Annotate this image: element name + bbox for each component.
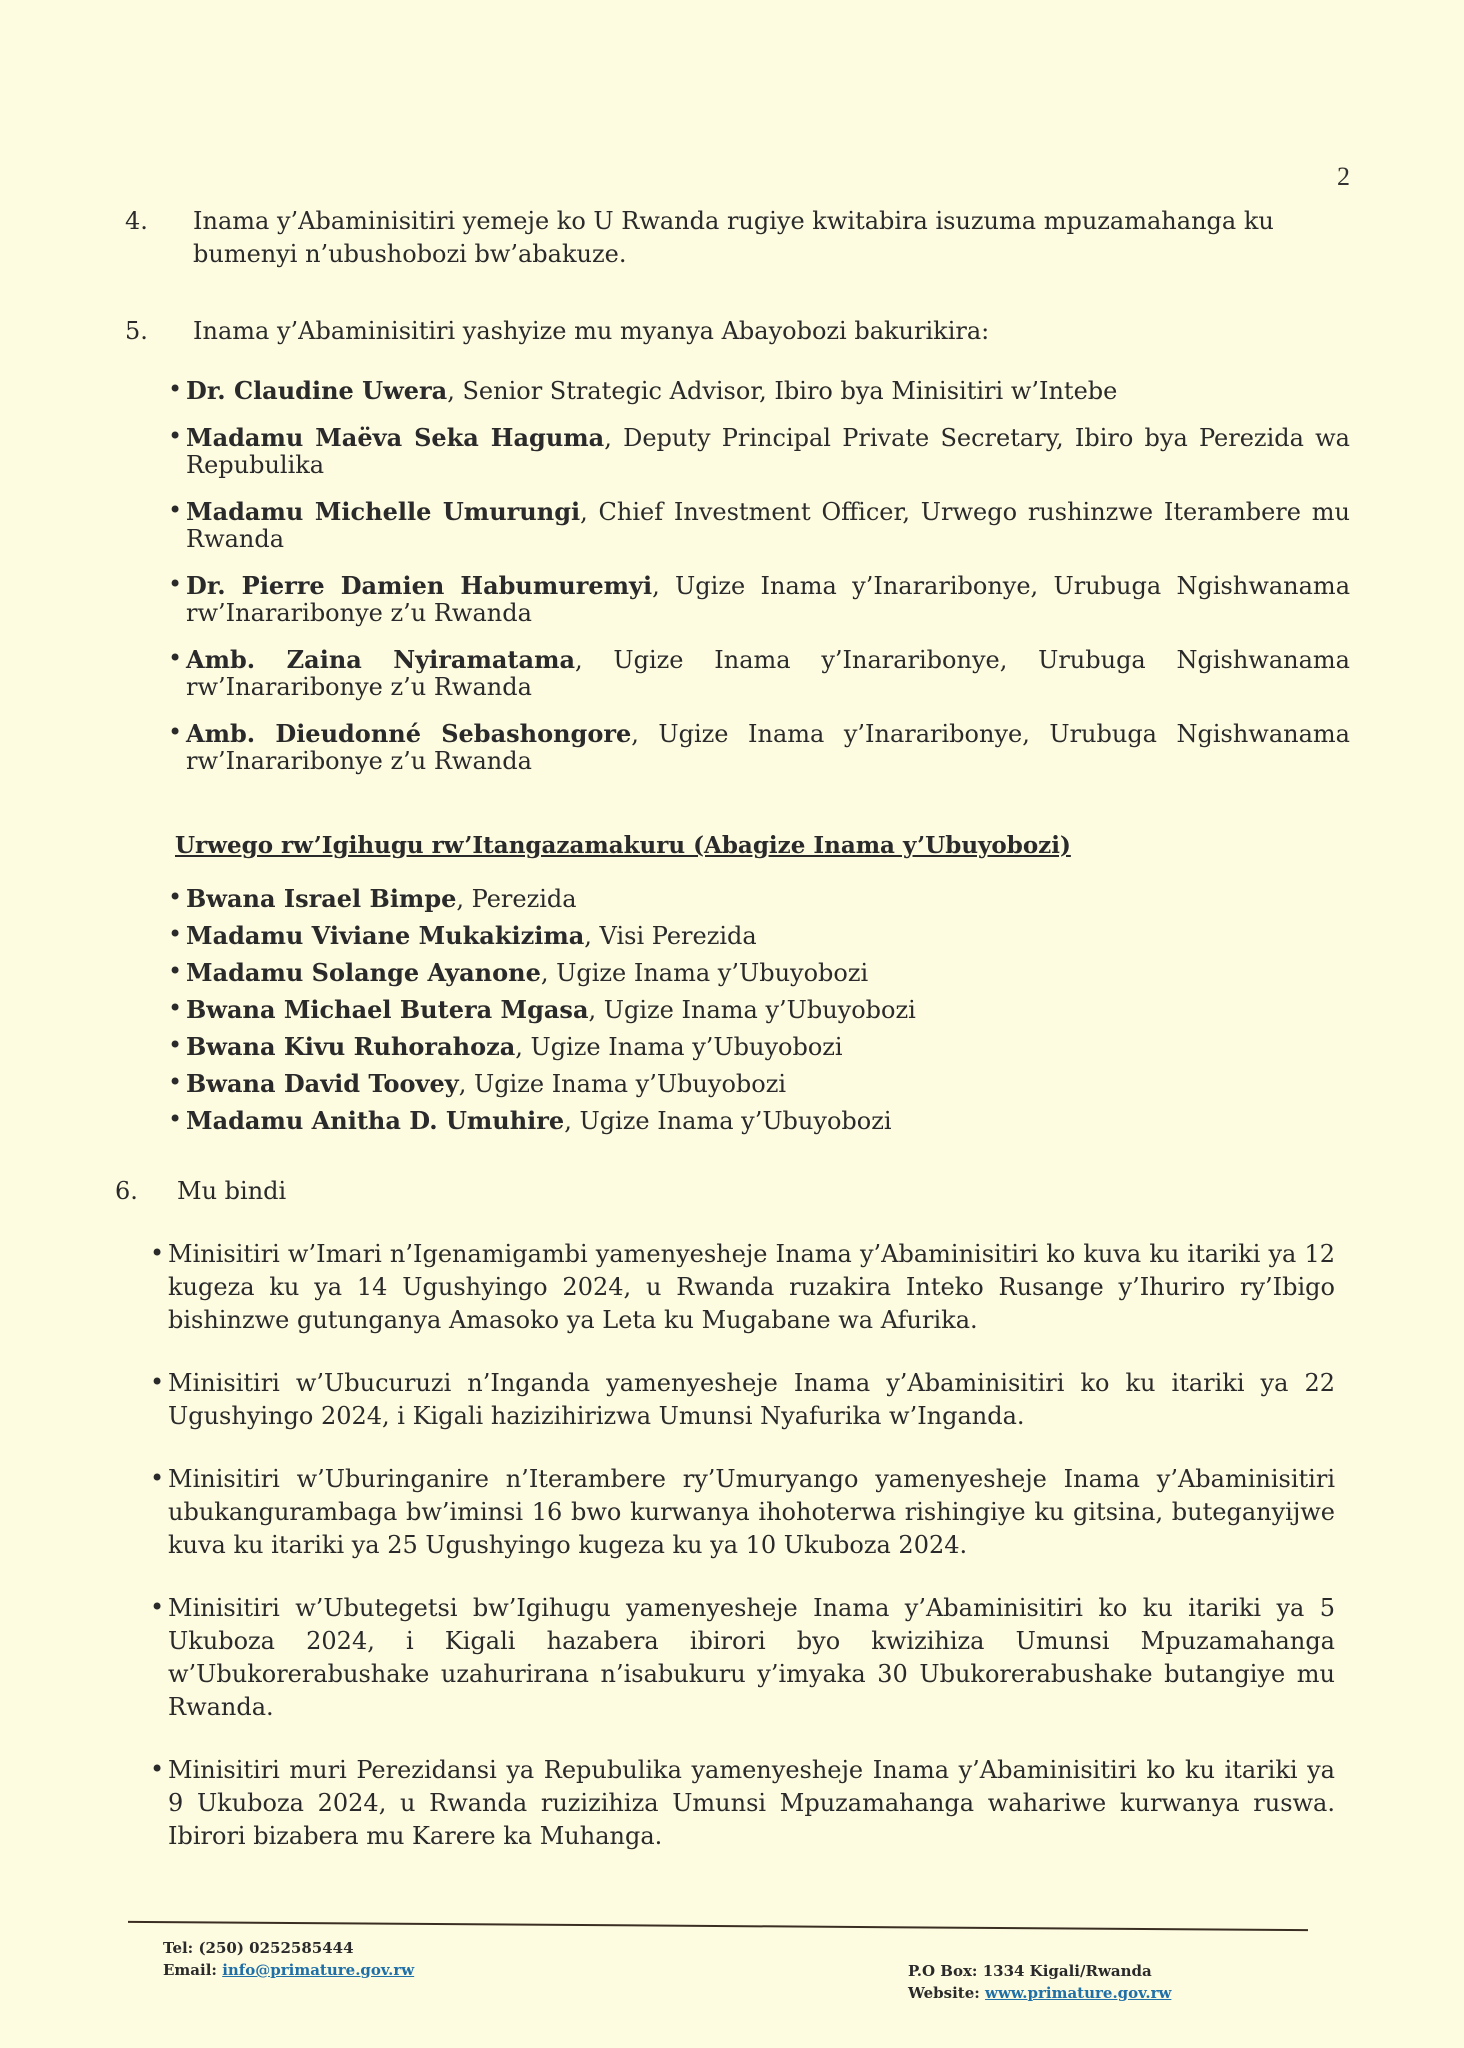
footer-website-line: Website: www.primature.gov.rw: [908, 1984, 1171, 2002]
person-name: Madamu Anitha D. Umuhire: [186, 1106, 564, 1135]
person-name: Bwana Israel Bimpe: [186, 884, 456, 913]
item-4: 4. Inama y’Abaminisitiri yemeje ko U Rwa…: [125, 205, 1350, 271]
board-members-list: Bwana Israel Bimpe, Perezida Madamu Vivi…: [168, 885, 1350, 1144]
footer-website-label: Website:: [908, 1984, 985, 2002]
list-item: Minisitiri w’Uburinganire n’Iterambere r…: [150, 1463, 1335, 1562]
footer-email-label: Email:: [163, 1961, 222, 1979]
footer-contact: Tel: (250) 0252585444 Email: info@primat…: [163, 1939, 414, 1979]
footer-email-line: Email: info@primature.gov.rw: [163, 1961, 414, 1979]
person-name: Madamu Maëva Seka Haguma: [186, 423, 604, 452]
person-name: Amb. Dieudonné Sebashongore: [186, 719, 631, 748]
list-item: Bwana Michael Butera Mgasa, Ugize Inama …: [168, 996, 1350, 1024]
person-name: Bwana Michael Butera Mgasa: [186, 995, 589, 1024]
person-name: Bwana David Toovey: [186, 1069, 459, 1098]
list-item: Madamu Michelle Umurungi, Chief Investme…: [168, 498, 1350, 553]
list-item: Amb. Zaina Nyiramatama, Ugize Inama y’In…: [168, 646, 1350, 701]
board-heading: Urwego rw’Igihugu rw’Itangazamakuru (Aba…: [175, 832, 1071, 859]
footer-divider: [128, 1921, 1308, 1931]
person-role: , Ugize Inama y’Ubuyobozi: [515, 1033, 842, 1061]
person-role: , Ugize Inama y’Ubuyobozi: [564, 1107, 891, 1135]
list-item: Dr. Pierre Damien Habumuremyi, Ugize Ina…: [168, 572, 1350, 627]
list-item: Amb. Dieudonné Sebashongore, Ugize Inama…: [168, 720, 1350, 775]
list-item: Minisitiri w’Ubutegetsi bw’Igihugu yamen…: [150, 1592, 1335, 1724]
email-link[interactable]: info@primature.gov.rw: [222, 1961, 414, 1979]
page-number: 2: [1337, 162, 1350, 192]
person-name: Dr. Pierre Damien Habumuremyi: [186, 571, 652, 600]
person-name: Amb. Zaina Nyiramatama: [186, 645, 575, 674]
person-role: , Visi Perezida: [584, 922, 756, 950]
list-item: Minisitiri w’Ubucuruzi n’Inganda yamenye…: [150, 1367, 1335, 1433]
person-name: Bwana Kivu Ruhorahoza: [186, 1032, 515, 1061]
item-text: Inama y’Abaminisitiri yashyize mu myanya…: [193, 315, 1350, 348]
person-role: , Ugize Inama y’Ubuyobozi: [541, 959, 868, 987]
item-5: 5. Inama y’Abaminisitiri yashyize mu mya…: [125, 315, 1350, 348]
list-item: Minisitiri w’Imari n’Igenamigambi yameny…: [150, 1238, 1335, 1337]
person-role: , Perezida: [456, 885, 576, 913]
list-item: Madamu Maëva Seka Haguma, Deputy Princip…: [168, 424, 1350, 479]
item-number: 5.: [125, 315, 148, 348]
person-name: Madamu Solange Ayanone: [186, 958, 541, 987]
list-item: Bwana Israel Bimpe, Perezida: [168, 885, 1350, 913]
person-name: Madamu Viviane Mukakizima: [186, 921, 584, 950]
person-role: , Ugize Inama y’Ubuyobozi: [589, 996, 916, 1024]
list-item: Madamu Viviane Mukakizima, Visi Perezida: [168, 922, 1350, 950]
list-item: Dr. Claudine Uwera, Senior Strategic Adv…: [168, 377, 1350, 405]
list-item: Bwana Kivu Ruhorahoza, Ugize Inama y’Ubu…: [168, 1033, 1350, 1061]
footer-pobox: P.O Box: 1334 Kigali/Rwanda: [908, 1962, 1171, 1980]
person-role: , Ugize Inama y’Ubuyobozi: [459, 1070, 786, 1098]
item-text: Mu bindi: [177, 1175, 1340, 1208]
item-6: 6. Mu bindi: [115, 1175, 1340, 1208]
item-number: 4.: [125, 205, 148, 238]
item-text: Inama y’Abaminisitiri yemeje ko U Rwanda…: [193, 205, 1350, 271]
person-role: , Senior Strategic Advisor, Ibiro bya Mi…: [447, 377, 1117, 405]
list-item: Bwana David Toovey, Ugize Inama y’Ubuyob…: [168, 1070, 1350, 1098]
appointments-list: Dr. Claudine Uwera, Senior Strategic Adv…: [168, 377, 1350, 794]
footer-tel: Tel: (250) 0252585444: [163, 1939, 414, 1957]
person-name: Madamu Michelle Umurungi: [186, 497, 580, 526]
list-item: Madamu Solange Ayanone, Ugize Inama y’Ub…: [168, 959, 1350, 987]
misc-list: Minisitiri w’Imari n’Igenamigambi yameny…: [150, 1238, 1335, 1883]
website-link[interactable]: www.primature.gov.rw: [985, 1984, 1171, 2002]
list-item: Madamu Anitha D. Umuhire, Ugize Inama y’…: [168, 1107, 1350, 1135]
list-item: Minisitiri muri Perezidansi ya Repubulik…: [150, 1754, 1335, 1853]
item-number: 6.: [115, 1175, 138, 1208]
person-name: Dr. Claudine Uwera: [186, 376, 447, 405]
footer-address: P.O Box: 1334 Kigali/Rwanda Website: www…: [908, 1962, 1171, 2002]
